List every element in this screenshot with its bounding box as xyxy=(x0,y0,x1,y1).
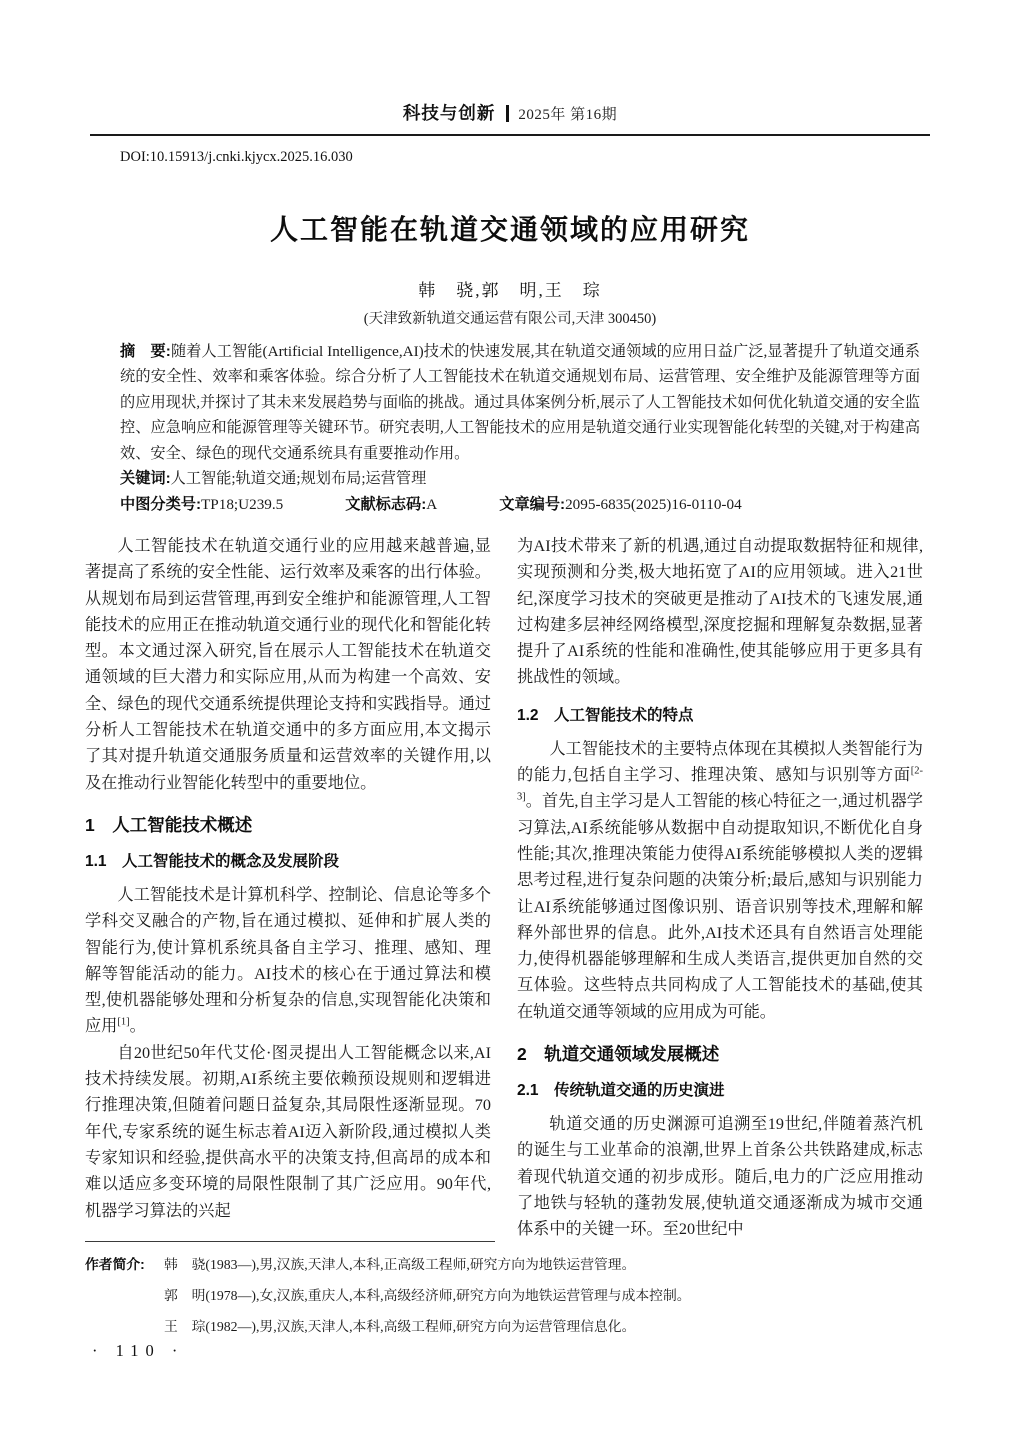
section-1-heading: 1 人工智能技术概述 xyxy=(85,813,491,837)
author-bio-row: 王 琮(1982—),男,汉族,天津人,本科,高级工程师,研究方向为运营管理信息… xyxy=(85,1311,935,1342)
doc-code-item: 文献标志码:A xyxy=(345,492,437,517)
section-2-heading: 2 轨道交通领域发展概述 xyxy=(517,1042,923,1066)
doi-line: DOI:10.15913/j.cnki.kjycx.2025.16.030 xyxy=(120,149,353,166)
intro-paragraph: 人工智能技术在轨道交通行业的应用越来越普遍,显著提高了系统的安全性能、运行效率及… xyxy=(85,533,491,796)
paper-page: 科技与创新2025年 第16期 DOI:10.15913/j.cnki.kjyc… xyxy=(0,0,1020,1431)
paragraph-text: 。 xyxy=(130,1017,146,1035)
keywords-line: 关键词:人工智能;轨道交通;规划布局;运营管理 xyxy=(120,466,920,491)
section-2-1-heading: 2.1 传统轨道交通的历史演进 xyxy=(517,1080,923,1102)
author-bio-row: 郭 明(1978—),女,汉族,重庆人,本科,高级经济师,研究方向为地铁运营管理… xyxy=(85,1280,935,1311)
section-2-1-paragraph: 轨道交通的历史渊源可追溯至19世纪,伴随着蒸汽机的诞生与工业革命的浪潮,世界上首… xyxy=(517,1111,923,1242)
footnote-area: 作者简介: 韩 骁(1983—),男,汉族,天津人,本科,正高级工程师,研究方向… xyxy=(85,1241,935,1342)
author-bio-1: 韩 骁(1983—),男,汉族,天津人,本科,正高级工程师,研究方向为地铁运营管… xyxy=(164,1249,635,1280)
article-id-item: 文章编号:2095-6835(2025)16-0110-04 xyxy=(499,492,741,517)
keywords-text: 人工智能;轨道交通;规划布局;运营管理 xyxy=(171,470,427,487)
paper-title: 人工智能在轨道交通领域的应用研究 xyxy=(0,208,1020,248)
author-bio-row: 作者简介: 韩 骁(1983—),男,汉族,天津人,本科,正高级工程师,研究方向… xyxy=(85,1249,935,1280)
affiliation-line: (天津致新轨道交通运营有限公司,天津 300450) xyxy=(0,307,1020,328)
journal-issue: 2025年 第16期 xyxy=(518,107,617,123)
clc-item: 中图分类号:TP18;U239.5 xyxy=(120,492,283,517)
section-1-1-paragraph-1: 人工智能技术是计算机科学、控制论、信息论等多个学科交叉融合的产物,旨在通过模拟、… xyxy=(85,882,491,1040)
section-1-1-paragraph-2: 自20世纪50年代艾伦·图灵提出人工智能概念以来,AI技术持续发展。初期,AI系… xyxy=(85,1040,491,1224)
article-id-value: 2095-6835(2025)16-0110-04 xyxy=(565,496,742,513)
article-id-label: 文章编号: xyxy=(499,496,565,513)
journal-name: 科技与创新 xyxy=(403,103,496,123)
journal-header: 科技与创新2025年 第16期 xyxy=(90,100,930,136)
body-columns: 人工智能技术在轨道交通行业的应用越来越普遍,显著提高了系统的安全性能、运行效率及… xyxy=(85,533,923,1245)
footnote-rule xyxy=(85,1241,495,1242)
section-1-1-heading: 1.1 人工智能技术的概念及发展阶段 xyxy=(85,851,491,873)
right-column: 为AI技术带来了新的机遇,通过自动提取数据特征和规律,实现预测和分类,极大地拓宽… xyxy=(517,533,923,1245)
abstract-paragraph: 摘 要:随着人工智能(Artificial Intelligence,AI)技术… xyxy=(120,339,920,466)
classification-row: 中图分类号:TP18;U239.5 文献标志码:A 文章编号:2095-6835… xyxy=(120,492,920,517)
page-number: · 110 · xyxy=(92,1341,184,1361)
continuation-paragraph: 为AI技术带来了新的机遇,通过自动提取数据特征和规律,实现预测和分类,极大地拓宽… xyxy=(517,533,923,691)
clc-label: 中图分类号: xyxy=(120,496,201,513)
header-divider-bar xyxy=(506,105,509,122)
paragraph-text: 。首先,自主学习是人工智能的核心特征之一,通过机器学习算法,AI系统能够从数据中… xyxy=(517,792,923,1020)
left-column: 人工智能技术在轨道交通行业的应用越来越普遍,显著提高了系统的安全性能、运行效率及… xyxy=(85,533,491,1245)
doc-code-label: 文献标志码: xyxy=(345,496,426,513)
clc-value: TP18;U239.5 xyxy=(201,496,283,513)
doc-code-value: A xyxy=(426,496,437,513)
author-bio-2: 郭 明(1978—),女,汉族,重庆人,本科,高级经济师,研究方向为地铁运营管理… xyxy=(164,1280,691,1311)
abstract-text: 随着人工智能(Artificial Intelligence,AI)技术的快速发… xyxy=(120,343,920,462)
bio-label: 作者简介: xyxy=(85,1249,164,1280)
abstract-label: 摘 要: xyxy=(120,343,171,360)
section-1-2-paragraph: 人工智能技术的主要特点体现在其模拟人类智能行为的能力,包括自主学习、推理决策、感… xyxy=(517,736,923,1025)
paragraph-text: 人工智能技术是计算机科学、控制论、信息论等多个学科交叉融合的产物,旨在通过模拟、… xyxy=(85,886,491,1035)
keywords-label: 关键词: xyxy=(120,470,171,487)
citation-ref-1: [1] xyxy=(117,1017,129,1028)
author-bio-3: 王 琮(1982—),男,汉族,天津人,本科,高级工程师,研究方向为运营管理信息… xyxy=(164,1311,635,1342)
paragraph-text: 人工智能技术的主要特点体现在其模拟人类智能行为的能力,包括自主学习、推理决策、感… xyxy=(517,740,923,784)
authors-line: 韩 骁,郭 明,王 琮 xyxy=(0,276,1020,301)
front-matter-block: 摘 要:随着人工智能(Artificial Intelligence,AI)技术… xyxy=(120,339,920,518)
section-1-2-heading: 1.2 人工智能技术的特点 xyxy=(517,705,923,727)
